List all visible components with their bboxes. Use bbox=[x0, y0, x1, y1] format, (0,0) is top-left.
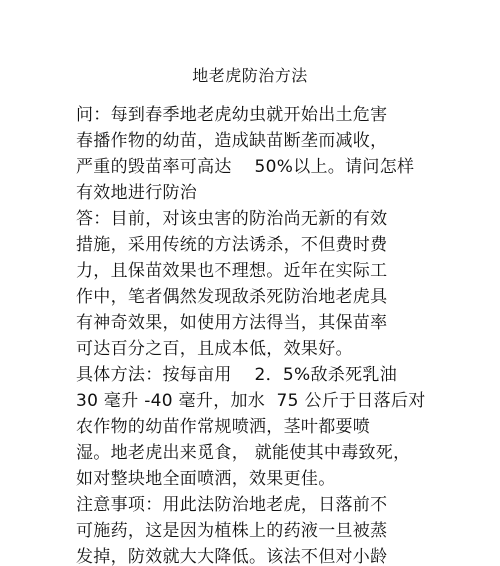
answer-line-3: 力，且保苗效果也不理想。近年在实际工 bbox=[76, 258, 436, 284]
answer-line-6: 可达百分之百，且成本低，效果好。 bbox=[76, 336, 436, 362]
notes-line-3: 发掉，防效就大大降低。该法不但对小龄 bbox=[76, 544, 436, 566]
document-title: 地老虎防治方法 bbox=[0, 64, 500, 88]
notes-line-2: 可施药，这是因为植株上的药液一旦被蒸 bbox=[76, 518, 436, 544]
method-line-5: 如对整块地全面喷洒，效果更佳。 bbox=[76, 466, 436, 492]
question-line-4: 有效地进行防治 bbox=[76, 180, 436, 206]
method-line-4: 湿。地老虎出来觅食， 就能使其中毒致死， bbox=[76, 440, 436, 466]
notes-line-1: 注意事项：用此法防治地老虎，日落前不 bbox=[76, 492, 436, 518]
document-body: 问：每到春季地老虎幼虫就开始出土危害 春播作物的幼苗，造成缺苗断垄而减收， 严重… bbox=[76, 102, 436, 566]
method-line-2: 30 毫升 -40 毫升，加水 75 公斤于日落后对 bbox=[76, 388, 436, 414]
method-line-1: 具体方法：按每亩用 2．5%敌杀死乳油 bbox=[76, 362, 436, 388]
question-line-1: 问：每到春季地老虎幼虫就开始出土危害 bbox=[76, 102, 436, 128]
answer-line-5: 有神奇效果，如使用方法得当，其保苗率 bbox=[76, 310, 436, 336]
question-line-2: 春播作物的幼苗，造成缺苗断垄而减收， bbox=[76, 128, 436, 154]
method-line-3: 农作物的幼苗作常规喷洒，茎叶都要喷 bbox=[76, 414, 436, 440]
answer-line-1: 答：目前，对该虫害的防治尚无新的有效 bbox=[76, 206, 436, 232]
answer-line-4: 作中，笔者偶然发现敌杀死防治地老虎具 bbox=[76, 284, 436, 310]
answer-line-2: 措施，采用传统的方法诱杀，不但费时费 bbox=[76, 232, 436, 258]
question-line-3: 严重的毁苗率可高达 50%以上。请问怎样 bbox=[76, 154, 436, 180]
